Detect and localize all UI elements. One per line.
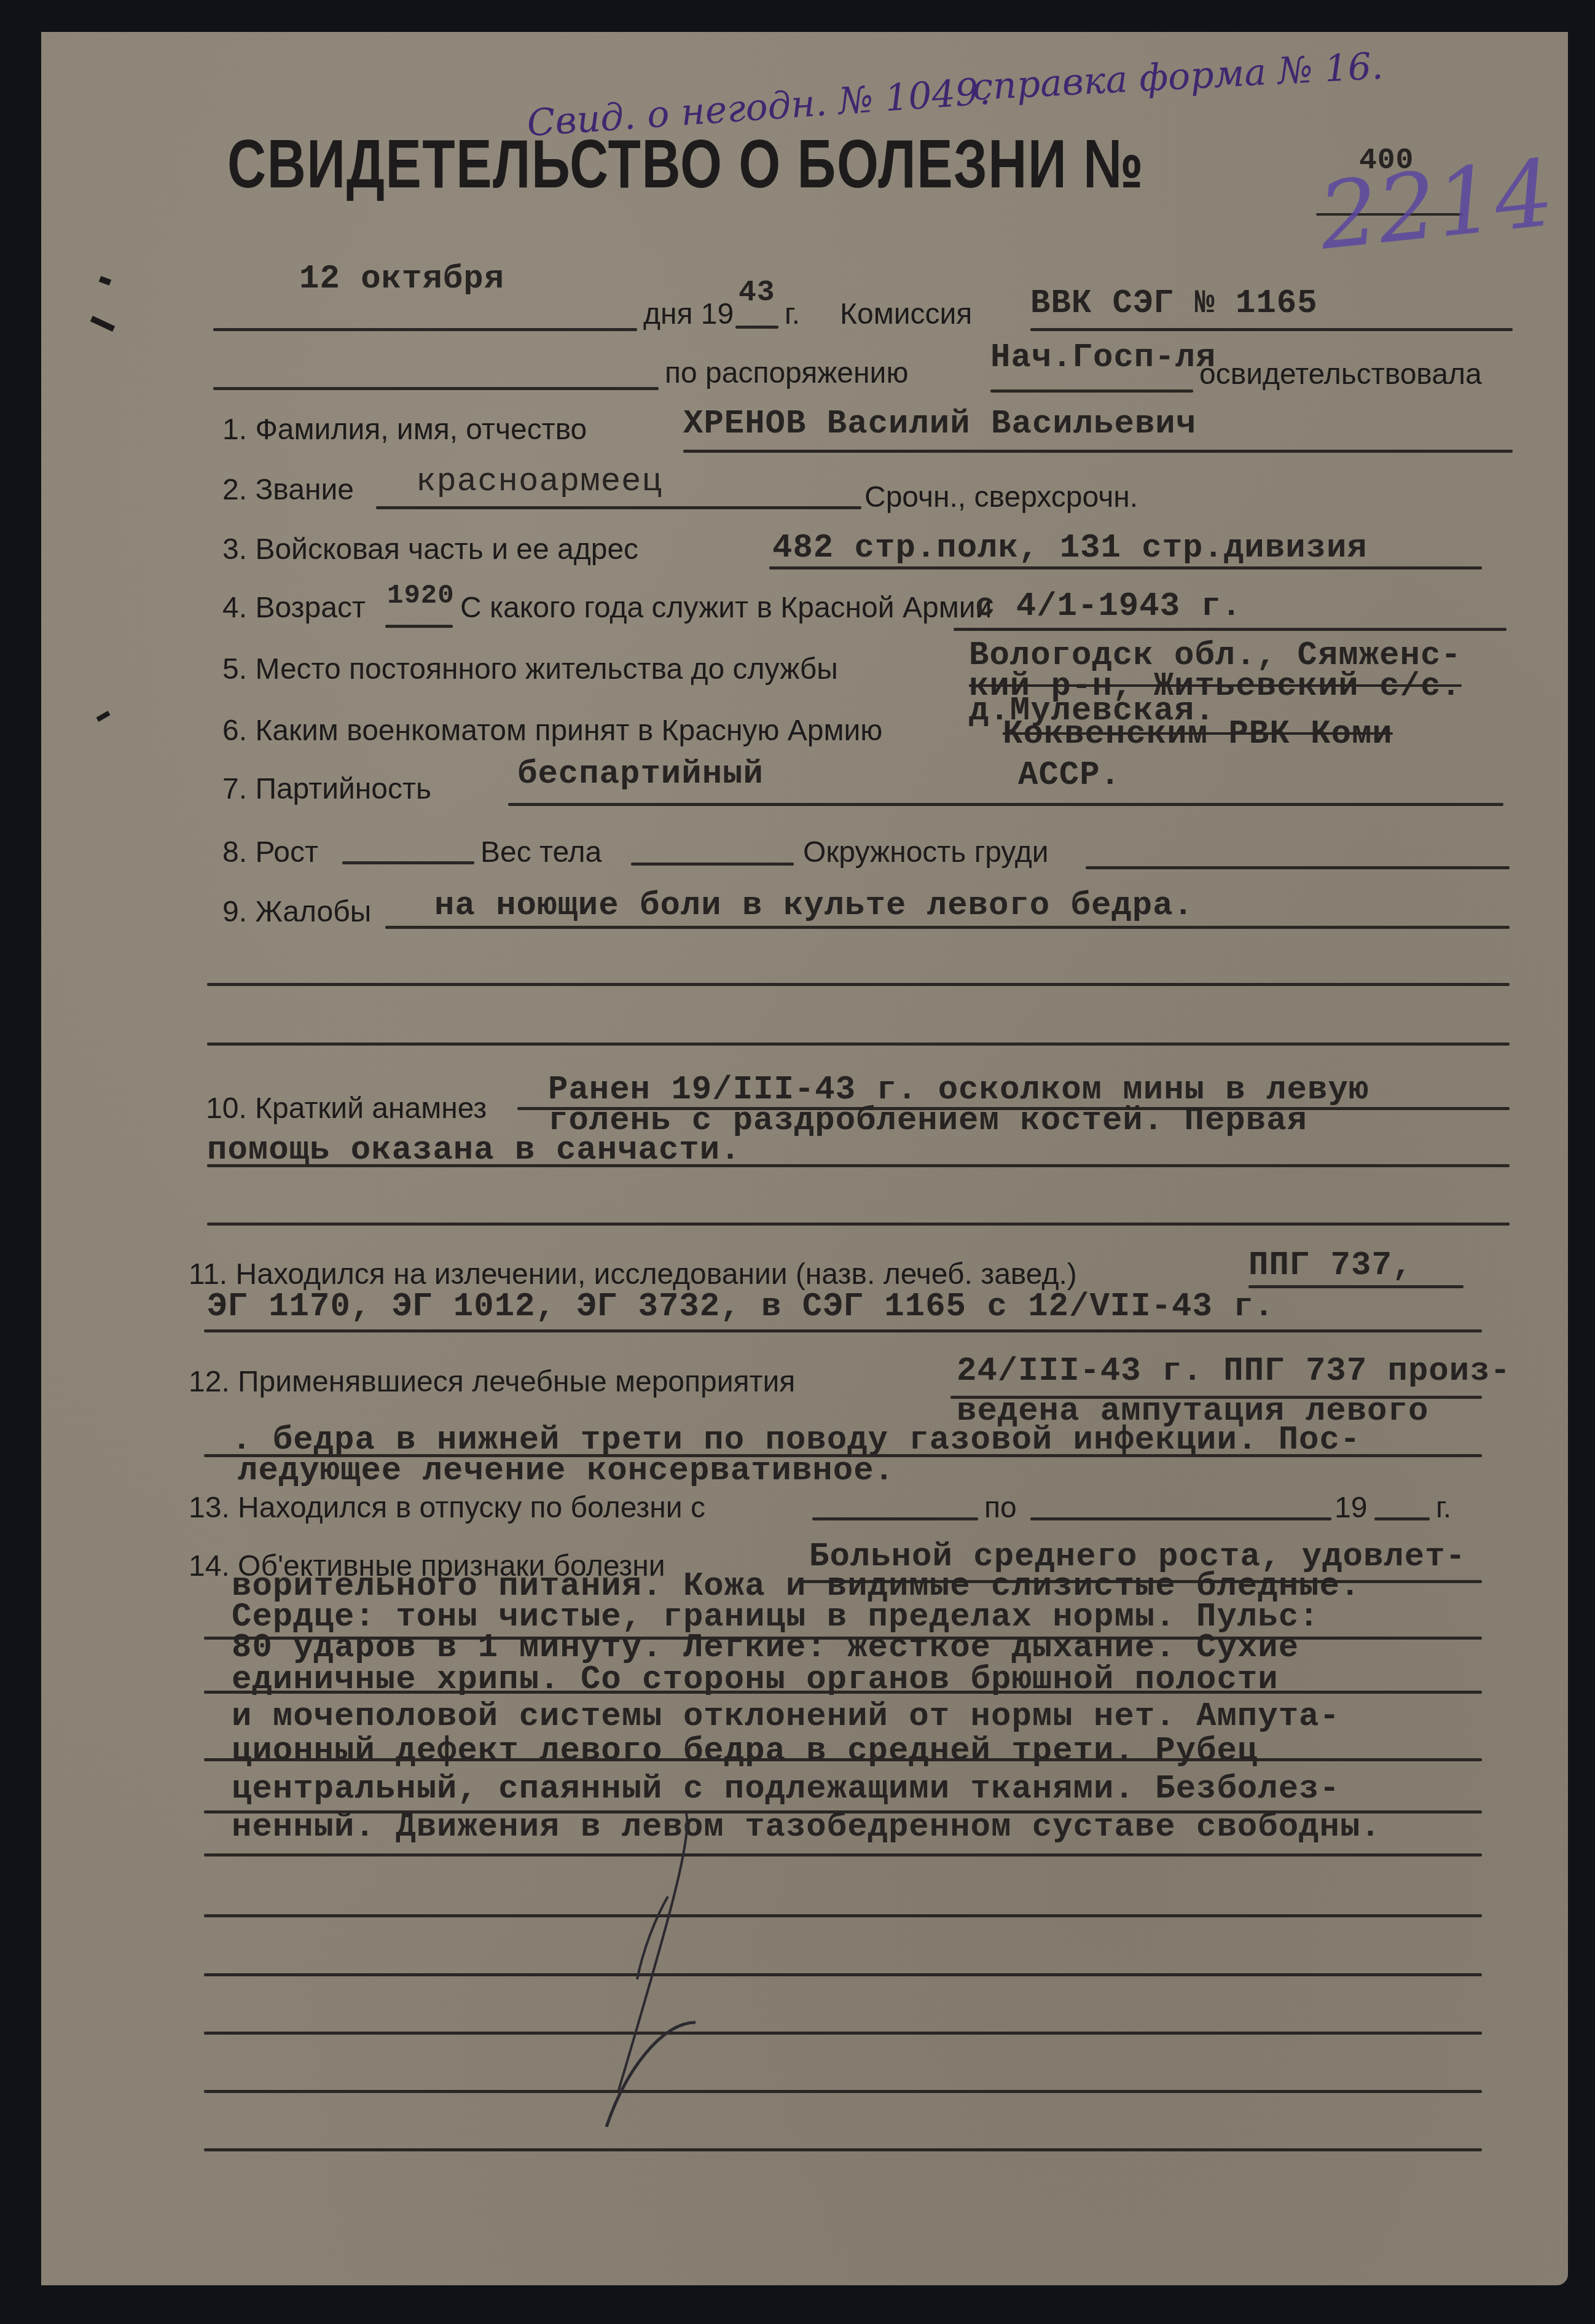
date-label: дня 19 <box>643 297 734 331</box>
field-14-line: центральный, спаянный с подлежащими ткан… <box>232 1770 1340 1808</box>
field-6-value-line2: АССР. <box>1018 757 1121 794</box>
margin-mark <box>99 276 111 286</box>
blank-line <box>207 983 1510 986</box>
field-5-label: 5. Место постоянного жительства до служб… <box>222 652 838 686</box>
margin-mark <box>96 711 110 722</box>
commission-label: Комиссия <box>840 297 972 331</box>
order-label: по распоряжению <box>665 356 908 390</box>
field-4-label2: С какого года служит в Красной Армии <box>460 591 992 625</box>
leave-to-underline <box>1030 1517 1331 1520</box>
field-9-label: 9. Жалобы <box>222 895 371 929</box>
leave-year-underline <box>1374 1517 1430 1520</box>
date-underline <box>213 328 637 331</box>
field-2-value: красноармеец <box>416 463 662 501</box>
field-6-value-line1: Коквенским РВК Коми <box>1003 716 1393 753</box>
field-4-underline <box>385 625 453 628</box>
order-value: Нач.Госп-ля <box>990 339 1216 377</box>
year-underline <box>735 326 778 329</box>
examined-label: освидетельствовала <box>1199 358 1482 391</box>
field-4-underline2 <box>954 628 1507 631</box>
field-10-value-line3: помощь оказана в санчасти. <box>207 1132 741 1169</box>
field-2-underline <box>376 506 861 509</box>
field-11-value-line2: ЭГ 1170, ЭГ 1012, ЭГ 3732, в СЭГ 1165 с … <box>207 1288 1274 1326</box>
order-underline-left <box>213 387 659 390</box>
field-11-underline <box>1248 1285 1464 1288</box>
field-11-underline2 <box>204 1329 1482 1332</box>
field-1-label: 1. Фамилия, имя, отчество <box>222 413 587 447</box>
field-3-underline <box>769 566 1482 569</box>
field-14-line: и мочеполовой системы отклонений от норм… <box>232 1698 1340 1735</box>
blank-line <box>204 1853 1482 1856</box>
field-4-value: 1920 <box>387 581 455 611</box>
document-title: СВИДЕТЕЛЬСТВО О БОЛЕЗНИ № <box>227 124 1144 203</box>
ruled-line <box>204 1758 1482 1761</box>
field-8-label2: Вес тела <box>480 835 602 869</box>
leave-from-underline <box>812 1517 978 1520</box>
field-2-suffix: Срочн., сверхсрочн. <box>864 480 1138 514</box>
year-value: 43 <box>739 276 775 310</box>
document-page: справка форма № 16. Свид. о негодн. № 10… <box>41 32 1568 2285</box>
blank-line <box>204 2032 1482 2035</box>
blank-line <box>204 1973 1482 1976</box>
field-1-value: ХРЕНОВ Василий Васильевич <box>683 405 1196 443</box>
field-2-label: 2. Звание <box>222 473 354 507</box>
blank-line <box>207 1223 1510 1226</box>
field-11-value-line1: ППГ 737, <box>1248 1247 1413 1285</box>
field-13-label4: г. <box>1436 1491 1451 1525</box>
field-9-underline <box>385 926 1510 929</box>
field-13-label3: 19 <box>1334 1491 1367 1525</box>
commission-underline <box>1030 328 1513 331</box>
field-12-label: 12. Применявшиеся лечебные мероприятия <box>189 1365 795 1399</box>
field-7-value: беспартийный <box>517 756 764 793</box>
blank-line <box>204 2148 1482 2151</box>
field-7-label: 7. Партийность <box>222 772 431 806</box>
year-suffix: г. <box>785 297 800 331</box>
field-12-value-line1: 24/III-43 г. ППГ 737 произ- <box>957 1353 1511 1390</box>
field-14-line: ционный дефект левого бедра в средней тр… <box>232 1732 1258 1770</box>
field-10-label: 10. Краткий анамнез <box>206 1092 487 1125</box>
field-13-label: 13. Находился в отпуску по болезни с <box>189 1491 705 1525</box>
field-13-label2: по <box>984 1491 1017 1525</box>
field-12-value-line4: ледующее лечение консервативное. <box>238 1452 895 1490</box>
field-3-label: 3. Войсковая часть и ее адрес <box>222 533 638 566</box>
weight-underline <box>631 863 794 866</box>
commission-value: ВВК СЭГ № 1165 <box>1030 285 1318 323</box>
chest-underline <box>1086 866 1510 869</box>
field-6-label: 6. Каким военкоматом принят в Красную Ар… <box>222 714 882 748</box>
handwritten-annotation-line1: справка форма № 16. <box>971 45 1384 109</box>
height-underline <box>342 861 474 864</box>
field-9-value: на ноющие боли в культе левого бедра. <box>434 887 1194 925</box>
cancellation-stroke <box>570 1813 815 2158</box>
field-3-value: 482 стр.полк, 131 стр.дивизия <box>772 530 1368 567</box>
ruled-line <box>204 1691 1482 1694</box>
field-4-label: 4. Возраст <box>222 591 366 625</box>
field-4-value2: с 4/1-1943 г. <box>975 588 1242 625</box>
field-8-label: 8. Рост <box>222 835 318 869</box>
blank-line <box>207 1164 1510 1167</box>
order-underline-right <box>990 389 1193 393</box>
handwritten-number: 2214 <box>1314 140 1559 271</box>
field-11-label: 11. Находился на излечении, исследовании… <box>189 1258 1077 1291</box>
margin-mark <box>90 316 115 332</box>
field-7-underline <box>508 803 1503 806</box>
field-8-label3: Окружность груди <box>803 835 1049 869</box>
blank-line <box>204 2090 1482 2093</box>
blank-line <box>207 1043 1510 1046</box>
date-value: 12 октября <box>299 260 504 298</box>
blank-line <box>204 1914 1482 1917</box>
field-1-underline <box>683 450 1513 453</box>
